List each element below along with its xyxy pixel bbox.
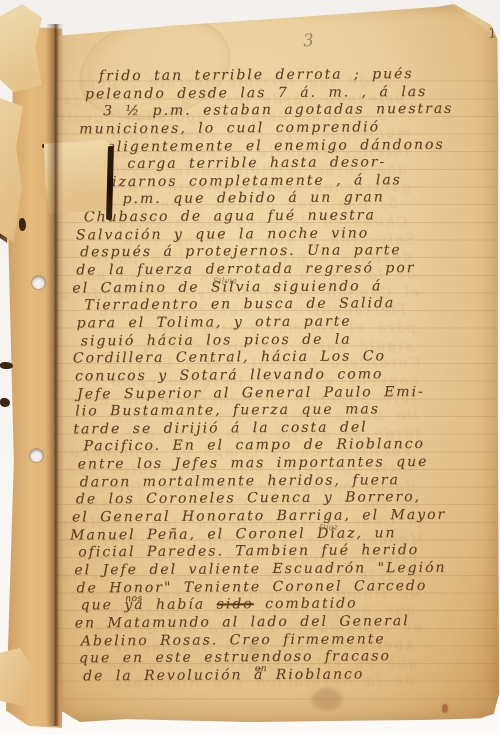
handwriting-segment: de la fuerza derrotada regresó por bbox=[76, 260, 415, 278]
handwriting-segment: peleando desde las 7 á. m. , á las bbox=[85, 84, 427, 102]
page-number-pencil: 3 bbox=[302, 31, 316, 52]
handwriting-segment: Pacifico. En el campo de Rioblanco bbox=[83, 436, 425, 454]
handwriting-segment: después á protejernos. Una parte bbox=[80, 243, 402, 261]
manuscript-line: el General Honorato Barriga, el Mayor bbox=[66, 507, 494, 528]
handwriting-segment: 5, p.m. que debido á un gran bbox=[94, 190, 385, 208]
manuscript-line: 3 ½ p.m. estaban agotadas nuestras bbox=[63, 101, 491, 122]
paper-speck bbox=[19, 218, 26, 231]
handwriting-segment: daron mortalmente heridos, fuera bbox=[80, 472, 400, 490]
handwriting-segment: 3 ½ p.m. estaban agotadas nuestras bbox=[103, 101, 453, 119]
manuscript-line: inteligentemente el enemigo dándonos bbox=[63, 136, 491, 157]
handwriting-segment: Jefe Superior al General Paulo Emi- bbox=[77, 384, 425, 402]
manuscript-text: frido tan terrible derrota ; puéspeleand… bbox=[63, 66, 495, 686]
handwriting-segment: Tierradentro en busca de Salida bbox=[84, 296, 395, 314]
paper-speck bbox=[0, 362, 13, 369]
handwriting-segment: ganizarnos completamente , á las bbox=[80, 172, 402, 190]
handwriting-segment: para el Tolima, y otra parte bbox=[77, 313, 352, 331]
handwriting-segment: entre los Jefes mas importantes que bbox=[78, 454, 429, 472]
handwriting-segment: el General Honorato Barriga, el Mayor bbox=[72, 507, 446, 526]
handwriting-segment: Cordillera Central, hácia Los Co bbox=[73, 349, 386, 367]
annotation-strike: sido bbox=[217, 596, 254, 612]
handwriting-segment: de la Revolución bbox=[83, 667, 254, 684]
folio-number: 160. bbox=[487, 20, 500, 42]
handwriting-segment: siguió hácia los picos de la bbox=[81, 331, 352, 349]
handwriting-segment: el Camino de bbox=[72, 279, 211, 296]
red-smudge bbox=[442, 704, 448, 713]
handwriting-segment: el Jefe del valiente Escuadrón "Legión bbox=[74, 560, 446, 579]
handwriting-segment: de los Coroneles Cuenca y Borrero, bbox=[76, 489, 421, 507]
binding-tab bbox=[44, 140, 111, 214]
handwriting-segment: Manuel Peña, el Coronel bbox=[70, 525, 317, 543]
punch-hole-top bbox=[32, 276, 45, 289]
handwriting-segment: lio Bustamante, fuerza que mas bbox=[75, 401, 380, 419]
paper-speck bbox=[0, 398, 10, 407]
handwriting-segment: conucos y Sotará llevando como bbox=[75, 366, 383, 384]
handwriting-segment: que en este estruendoso fracaso bbox=[79, 648, 391, 666]
handwriting-segment: de Honor" Teniente Coronel Carcedo bbox=[76, 578, 427, 596]
handwriting-segment: á Rioblanco bbox=[254, 666, 364, 683]
handwriting-segment: en Matamundo al lado del General bbox=[75, 613, 410, 631]
handwriting-segment: una carga terrible hasta desor- bbox=[83, 154, 386, 172]
handwriting-segment: Chubasco de agua fué nuestra bbox=[84, 207, 376, 225]
manuscript-line: de la Revolución ená Rioblanco bbox=[67, 665, 495, 686]
manuscript-page: frido tan terrible derrota ; puéspeleand… bbox=[50, 4, 500, 730]
handwriting-segment: combatido bbox=[254, 596, 358, 613]
handwriting-segment: inteligentemente el enemigo dándonos bbox=[81, 136, 444, 155]
handwriting-segment: frido tan terrible derrota ; pués bbox=[99, 66, 414, 84]
punch-hole-bottom bbox=[30, 449, 43, 462]
ink-blot-stain bbox=[312, 688, 342, 710]
handwriting-segment: municiones, lo cual comprendió bbox=[79, 119, 380, 137]
handwriting-segment: Salvación y que la noche vino bbox=[76, 225, 369, 243]
handwriting-segment: que bbox=[81, 597, 125, 613]
handwriting-segment: Abelino Rosas. Creo firmemente bbox=[81, 631, 386, 649]
handwriting-segment: oficial Paredes. Tambien fué herido bbox=[78, 542, 419, 560]
manuscript-line: el Jefe del valiente Escuadrón "Legión bbox=[66, 559, 494, 580]
handwriting-segment: tarde se dirijió á la costa del bbox=[73, 419, 367, 437]
